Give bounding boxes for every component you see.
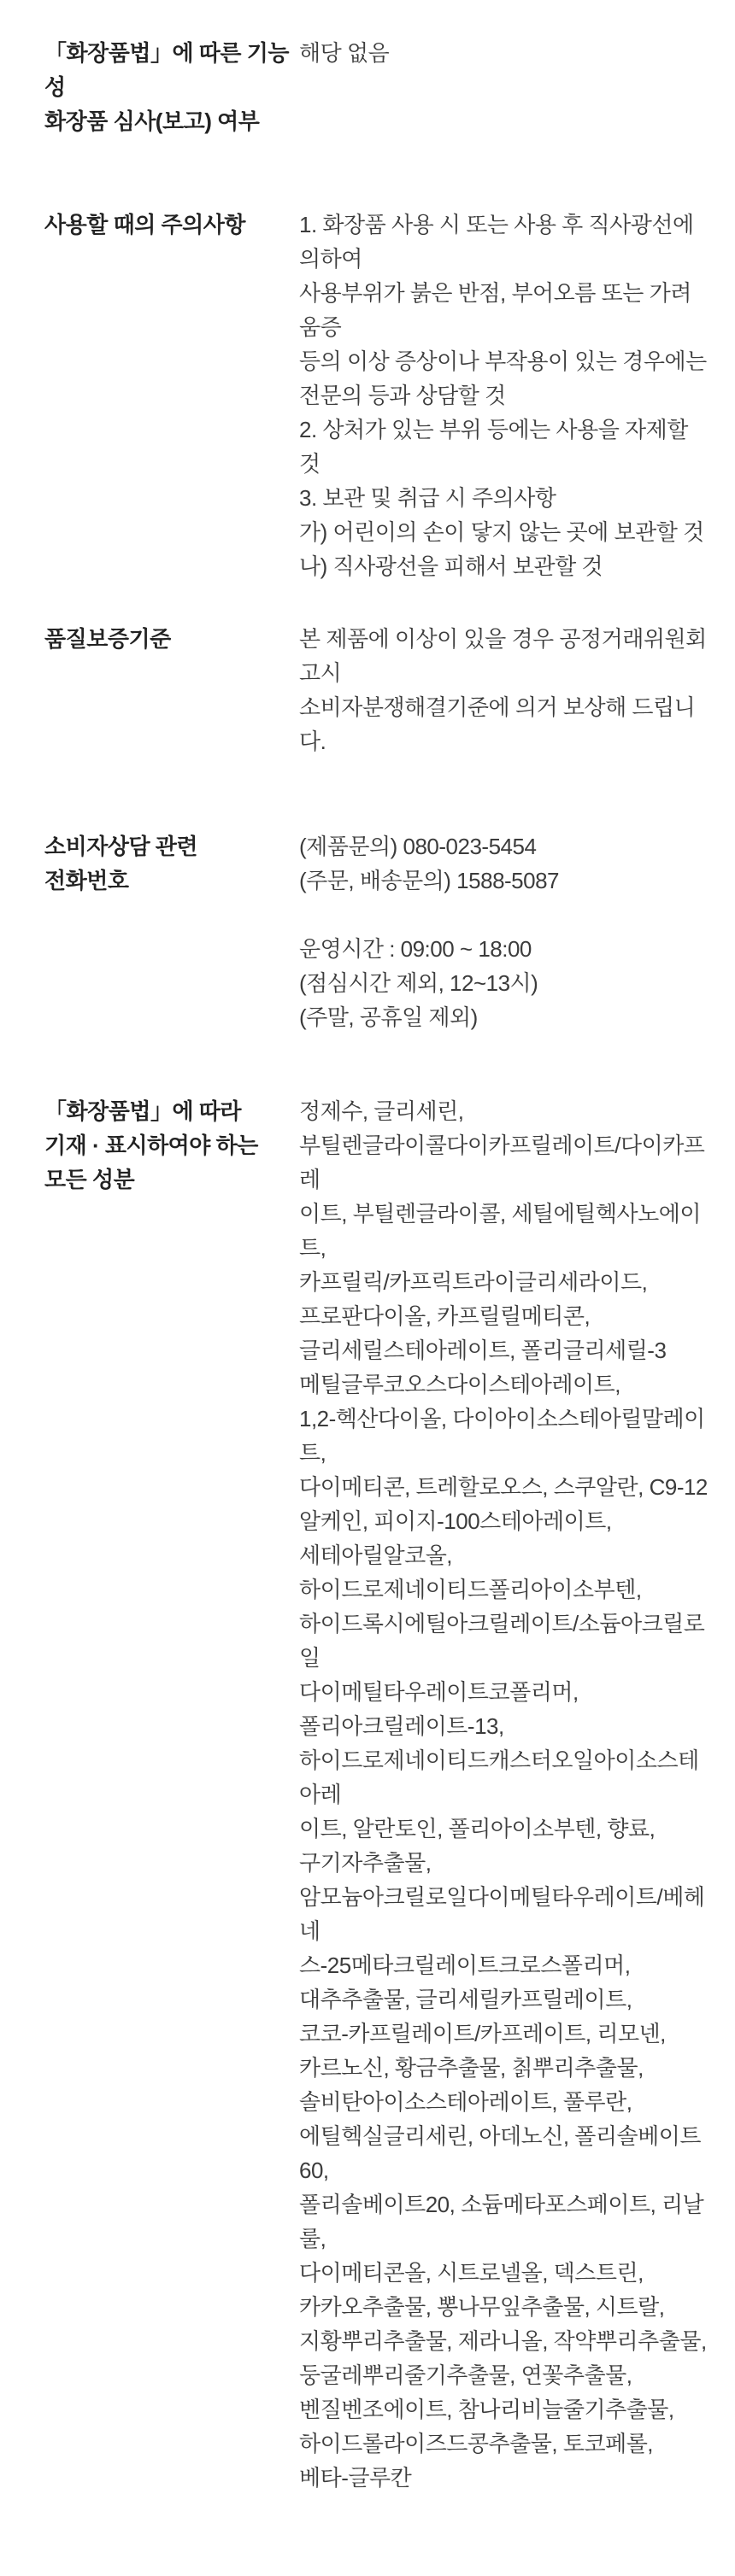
info-row-ingredients: 「화장품법」에 따라 기재 · 표시하여야 하는 모든 성분 정제수, 글리세린… (44, 1094, 709, 2495)
info-value-warranty: 본 제품에 이상이 있을 경우 공정거래위원회 고시 소비자분쟁해결기준에 의거… (299, 622, 709, 758)
info-value-functional-review: 해당 없음 (299, 36, 709, 70)
info-label-caution: 사용할 때의 주의사항 (44, 208, 299, 242)
info-row-contact: 소비자상담 관련 전화번호 (제품문의) 080-023-5454 (주문, 배… (44, 829, 709, 1034)
info-label-ingredients: 「화장품법」에 따라 기재 · 표시하여야 하는 모든 성분 (44, 1094, 299, 1197)
info-value-ingredients: 정제수, 글리세린, 부틸렌글라이콜다이카프릴레이트/다이카프레 이트, 부틸렌… (299, 1094, 709, 2495)
info-value-caution: 1. 화장품 사용 시 또는 사용 후 직사광선에 의하여 사용부위가 붉은 반… (299, 208, 709, 583)
info-label-functional-review: 「화장품법」에 따른 기능성 화장품 심사(보고) 여부 (44, 36, 299, 138)
info-label-contact: 소비자상담 관련 전화번호 (44, 829, 299, 898)
info-value-contact: (제품문의) 080-023-5454 (주문, 배송문의) 1588-5087… (299, 829, 709, 1034)
info-row-caution: 사용할 때의 주의사항 1. 화장품 사용 시 또는 사용 후 직사광선에 의하… (44, 208, 709, 583)
info-row-warranty: 품질보증기준 본 제품에 이상이 있을 경우 공정거래위원회 고시 소비자분쟁해… (44, 622, 709, 758)
info-row-functional-review: 「화장품법」에 따른 기능성 화장품 심사(보고) 여부 해당 없음 (44, 36, 709, 138)
info-label-warranty: 품질보증기준 (44, 622, 299, 656)
product-info-table: 「화장품법」에 따른 기능성 화장품 심사(보고) 여부 해당 없음 사용할 때… (0, 0, 735, 2576)
